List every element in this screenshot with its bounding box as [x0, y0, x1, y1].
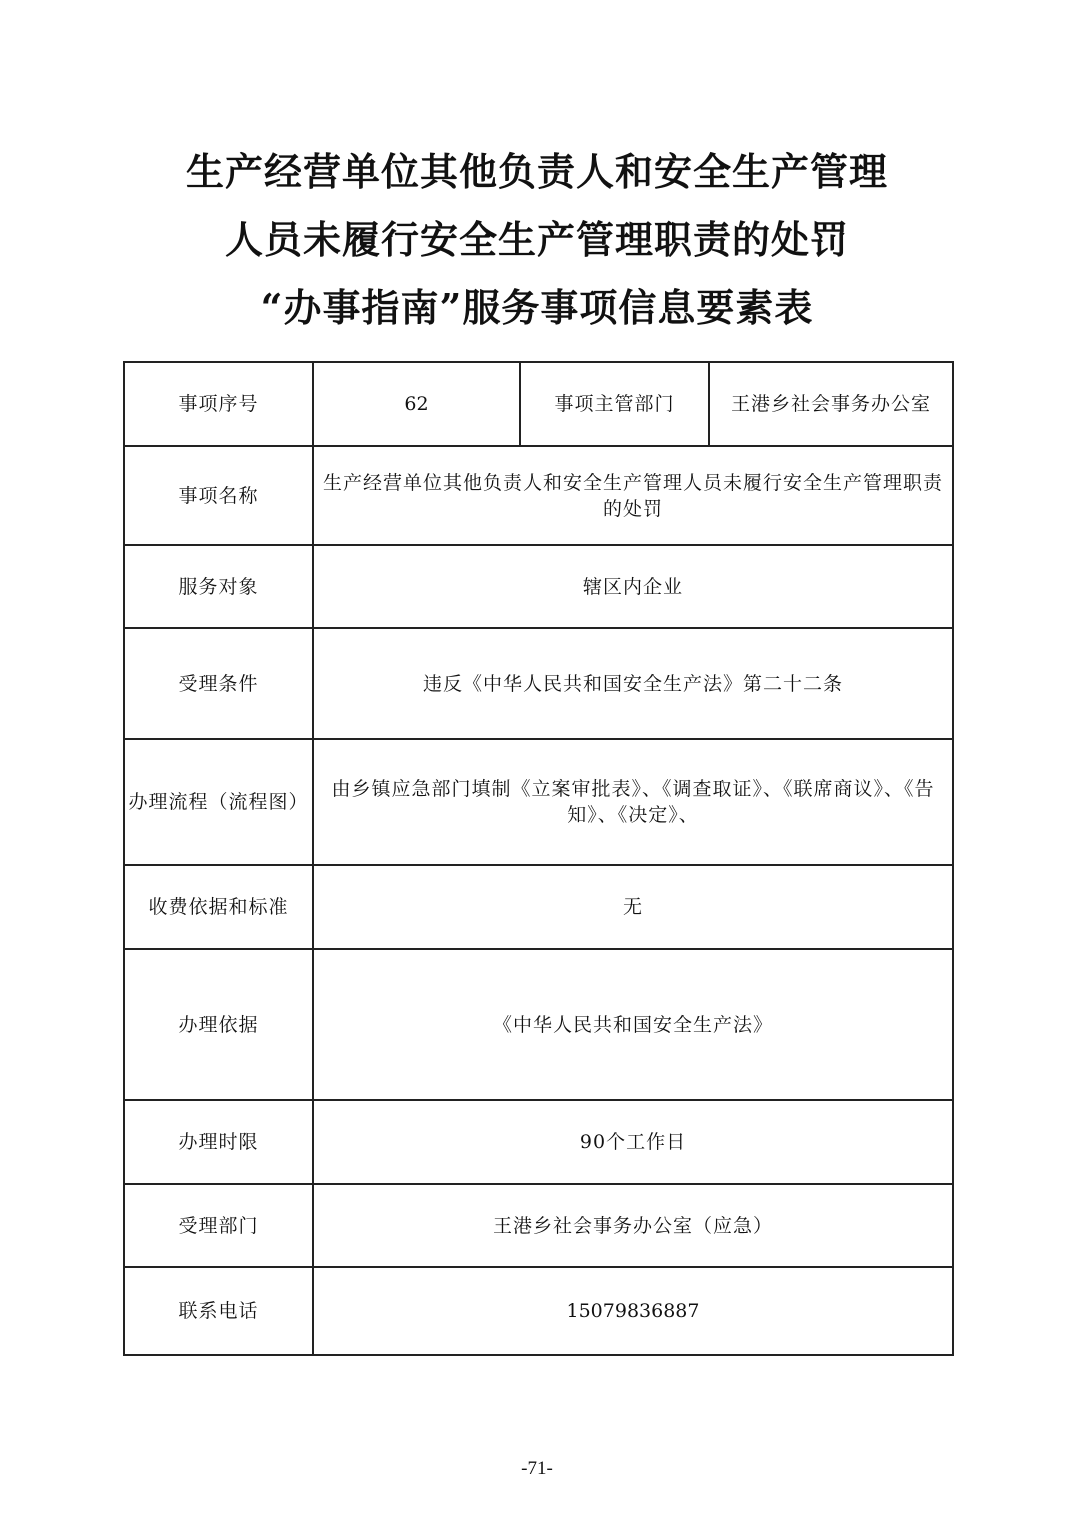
- contact-phone-label: 联系电话: [124, 1267, 313, 1355]
- department-label: 事项主管部门: [520, 362, 709, 446]
- table-row: 事项名称 生产经营单位其他负责人和安全生产管理人员未履行安全生产管理职责的处罚: [124, 446, 953, 545]
- contact-phone-value: 15079836887: [313, 1267, 953, 1355]
- handling-department-label: 受理部门: [124, 1184, 313, 1267]
- table-row: 办理依据 《中华人民共和国安全生产法》: [124, 949, 953, 1100]
- process-flow-label: 办理流程（流程图）: [124, 739, 313, 865]
- fee-basis-label: 收费依据和标准: [124, 865, 313, 949]
- table-row: 事项序号 62 事项主管部门 王港乡社会事务办公室: [124, 362, 953, 446]
- item-number-value: 62: [313, 362, 520, 446]
- handling-department-value: 王港乡社会事务办公室（应急）: [313, 1184, 953, 1267]
- item-number-label: 事项序号: [124, 362, 313, 446]
- legal-basis-label: 办理依据: [124, 949, 313, 1100]
- title-line-2: 人员未履行安全生产管理职责的处罚: [0, 206, 1074, 274]
- acceptance-condition-value: 违反《中华人民共和国安全生产法》第二十二条: [313, 628, 953, 739]
- service-target-label: 服务对象: [124, 545, 313, 628]
- table-row: 办理流程（流程图） 由乡镇应急部门填制《立案审批表》、《调查取证》、《联席商议》…: [124, 739, 953, 865]
- acceptance-condition-label: 受理条件: [124, 628, 313, 739]
- legal-basis-value: 《中华人民共和国安全生产法》: [313, 949, 953, 1100]
- title-line-1: 生产经营单位其他负责人和安全生产管理: [0, 138, 1074, 206]
- document-title: 生产经营单位其他负责人和安全生产管理 人员未履行安全生产管理职责的处罚 “办事指…: [0, 138, 1074, 342]
- table-row: 收费依据和标准 无: [124, 865, 953, 949]
- service-target-value: 辖区内企业: [313, 545, 953, 628]
- time-limit-value: 90个工作日: [313, 1100, 953, 1184]
- table-row: 办理时限 90个工作日: [124, 1100, 953, 1184]
- fee-basis-value: 无: [313, 865, 953, 949]
- item-name-label: 事项名称: [124, 446, 313, 545]
- page-number: -71-: [0, 1458, 1074, 1480]
- title-line-3: “办事指南”服务事项信息要素表: [0, 274, 1074, 342]
- table-row: 联系电话 15079836887: [124, 1267, 953, 1355]
- time-limit-label: 办理时限: [124, 1100, 313, 1184]
- table-row: 受理部门 王港乡社会事务办公室（应急）: [124, 1184, 953, 1267]
- table-row: 服务对象 辖区内企业: [124, 545, 953, 628]
- service-info-table: 事项序号 62 事项主管部门 王港乡社会事务办公室 事项名称 生产经营单位其他负…: [123, 361, 954, 1356]
- item-name-value: 生产经营单位其他负责人和安全生产管理人员未履行安全生产管理职责的处罚: [313, 446, 953, 545]
- department-value: 王港乡社会事务办公室: [709, 362, 953, 446]
- table-row: 受理条件 违反《中华人民共和国安全生产法》第二十二条: [124, 628, 953, 739]
- process-flow-value: 由乡镇应急部门填制《立案审批表》、《调查取证》、《联席商议》、《告知》、《决定》…: [313, 739, 953, 865]
